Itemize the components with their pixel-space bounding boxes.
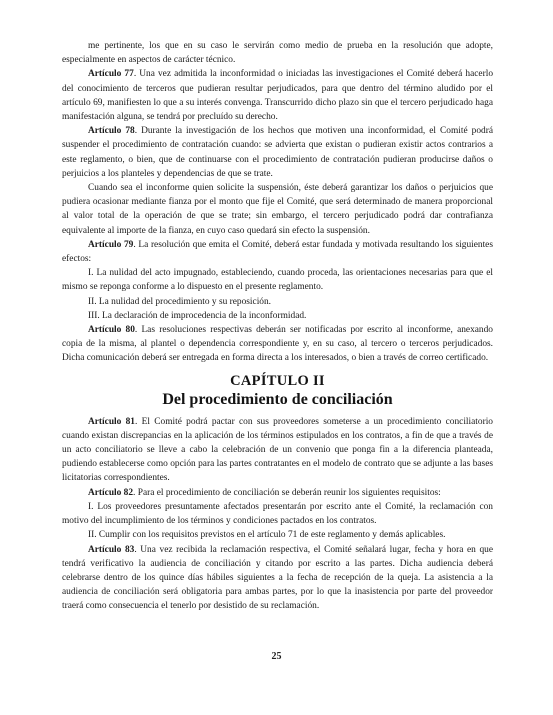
paragraph: III. La declaración de improcedencia de … — [62, 309, 493, 323]
article-label: Artículo 79 — [88, 240, 133, 250]
chapter-subtitle: Del procedimiento de conciliación — [62, 390, 493, 409]
paragraph-text: me pertinente, los que en su caso le ser… — [62, 41, 493, 65]
paragraph: I. La nulidad del acto impugnado, establ… — [62, 266, 493, 294]
paragraph-text: II. Cumplir con los requisitos previstos… — [88, 530, 445, 540]
paragraph: Artículo 81. El Comité podrá pactar con … — [62, 415, 493, 486]
paragraph: Cuando sea el inconforme quien solicite … — [62, 181, 493, 238]
article-label: Artículo 78 — [88, 126, 135, 136]
paragraphs-after: Artículo 81. El Comité podrá pactar con … — [62, 415, 493, 614]
chapter-heading: CAPÍTULO II Del procedimiento de concili… — [62, 373, 493, 409]
article-label: Artículo 83 — [88, 545, 134, 555]
paragraph: Artículo 77. Una vez admitida la inconfo… — [62, 67, 493, 124]
paragraph: Artículo 80. Las resoluciones respectiva… — [62, 323, 493, 366]
paragraph: me pertinente, los que en su caso le ser… — [62, 39, 493, 67]
paragraph-text: II. La nulidad del procedimiento y su re… — [88, 297, 271, 307]
page-number: 25 — [0, 651, 553, 662]
paragraph: II. La nulidad del procedimiento y su re… — [62, 295, 493, 309]
paragraphs-before: me pertinente, los que en su caso le ser… — [62, 39, 493, 366]
paragraph: Artículo 79. La resolución que emita el … — [62, 238, 493, 266]
paragraph: Artículo 83. Una vez recibida la reclama… — [62, 543, 493, 614]
paragraph-text: . Para el procedimiento de conciliación … — [133, 488, 441, 498]
paragraph: I. Los proveedores presuntamente afectad… — [62, 500, 493, 528]
paragraph-text: I. Los proveedores presuntamente afectad… — [62, 502, 493, 526]
article-label: Artículo 82 — [88, 488, 133, 498]
paragraph-text: Cuando sea el inconforme quien solicite … — [62, 183, 493, 236]
document-page: me pertinente, los que en su caso le ser… — [0, 0, 553, 715]
article-label: Artículo 81 — [88, 417, 135, 427]
page-content: me pertinente, los que en su caso le ser… — [62, 39, 493, 614]
paragraph: Artículo 82. Para el procedimiento de co… — [62, 486, 493, 500]
chapter-title: CAPÍTULO II — [62, 373, 493, 390]
article-label: Artículo 77 — [88, 69, 134, 79]
paragraph: II. Cumplir con los requisitos previstos… — [62, 528, 493, 542]
article-label: Artículo 80 — [88, 325, 135, 335]
paragraph-text: I. La nulidad del acto impugnado, establ… — [62, 268, 493, 292]
paragraph: Artículo 78. Durante la investigación de… — [62, 124, 493, 181]
paragraph-text: III. La declaración de improcedencia de … — [88, 311, 306, 321]
